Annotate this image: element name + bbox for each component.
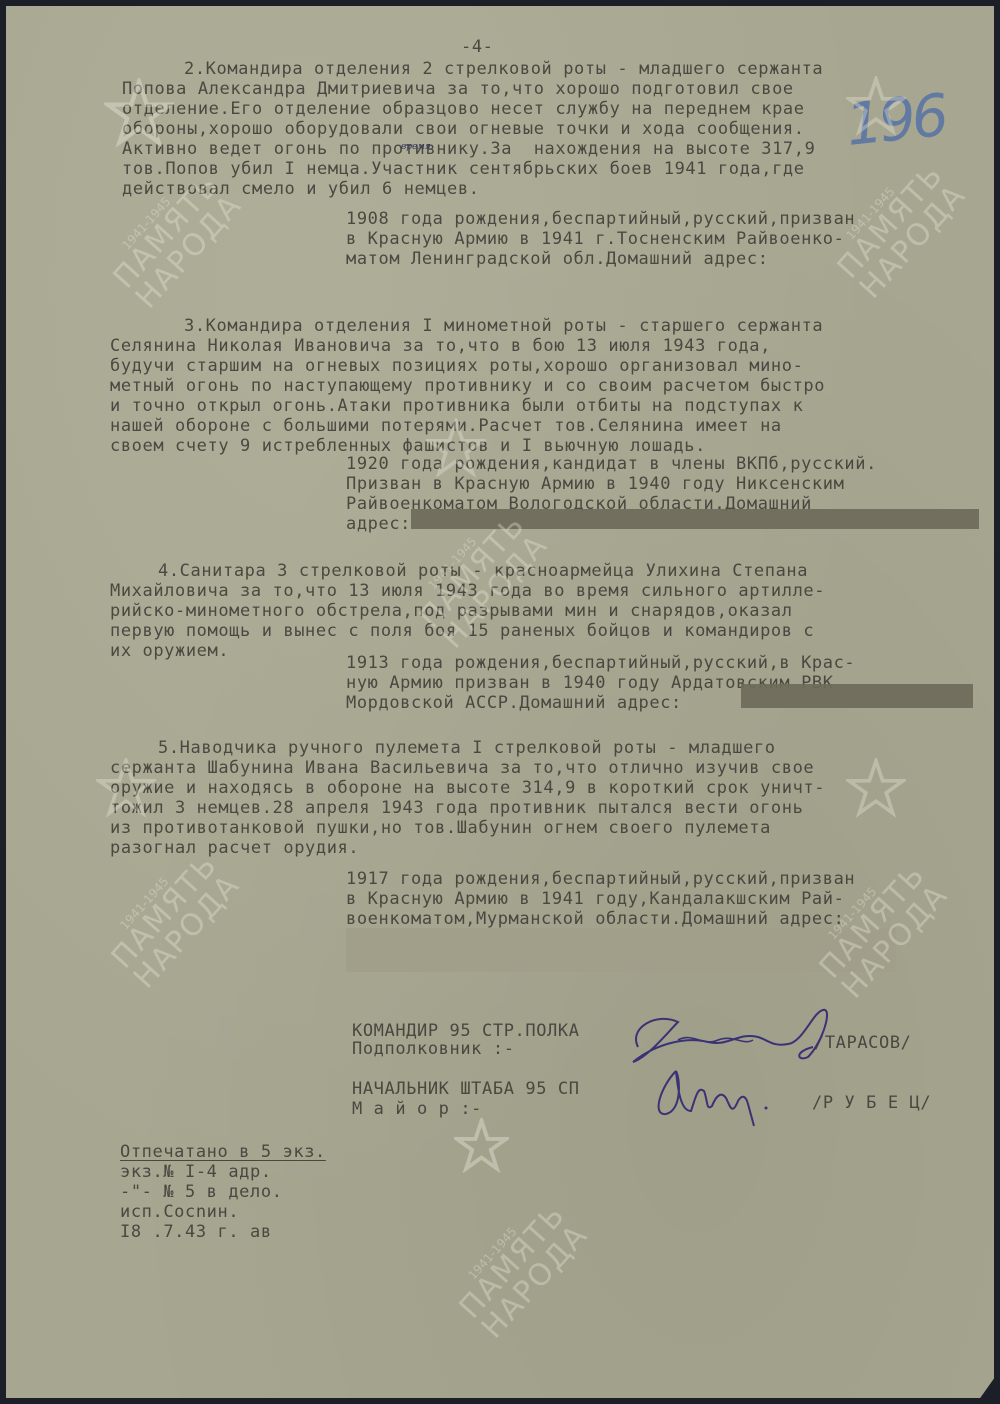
entry-line: будучи старшим на огневых позициях роты,… [110,357,803,377]
entry-line: их оружием. [110,642,229,662]
entry-line: действовал смело и убил 6 немцев. [122,180,480,200]
entry-line: Активно ведет огонь по противнику.За нах… [122,140,815,160]
watermark-bottom-left: 1941-1945 ПАМЯТЬ НАРОДА [98,841,246,994]
entry-line: рийско-минометного обстрела,под разрывам… [110,602,793,622]
entry-line: 3.Командира отделения I минометной роты … [184,317,823,337]
chief-of-staff-title: НАЧАЛЬНИК ШТАБА 95 СП [352,1080,580,1100]
bio-line: Призван в Красную Армию в 1940 году Никс… [346,475,844,495]
footer-line: Отпечатано в 5 экз. [120,1143,326,1163]
footer-line: исп.Сосnин. [120,1203,239,1223]
entry-line: сержанта Шабунина Ивана Васильевича за т… [110,759,814,779]
entry-line: нашей обороне с большими потерями.Расчет… [110,417,782,437]
bio-line: в Красную Армию в 1941 году,Кандалакшски… [346,890,844,910]
redacted-address [411,509,979,529]
bio-line: 1908 года рождения,беспартийный,русский,… [346,210,855,230]
handwritten-insertion: время [401,142,431,152]
commander-rank: Подполковник :- [352,1040,515,1060]
entry-line: Селянина Николая Ивановича за то,что в б… [110,337,771,357]
entry-line: метный огонь по наступающему противнику … [110,377,825,397]
entry-line: разогнал расчет орудия. [110,839,359,859]
bio-line: военкоматом,Мурманской области.Домашний … [346,910,844,930]
entry-line: и точно открыл огонь.Атаки противника бы… [110,397,803,417]
entry-line: первую помощь и вынес с поля боя 15 ране… [110,622,814,642]
bio-line: 1913 года рождения,беспартийный,русский,… [346,654,855,674]
watermark-bottom-center: 1941-1945 ПАМЯТЬ НАРОДА [446,1191,594,1344]
entry-line: тожил 3 немцев.28 апреля 1943 года проти… [110,799,803,819]
bio-line: матом Ленинградской обл.Домашний адрес: [346,250,769,270]
document-page: -4- 196 2.Командира отделения 2 стрелков… [6,6,994,1398]
entry-line: обороны,хорошо оборудовали свои огневые … [122,120,805,140]
entry-line: из противотанковой пушки,но тов.Шабунин … [110,819,771,839]
bio-line: адрес: [346,515,411,535]
bio-line: Мордовской АССР.Домашний адрес: [346,694,682,714]
redacted-address [346,928,896,972]
watermark-star-icon [846,758,906,818]
footer-line: I8 .7.43 г. ав [120,1223,272,1243]
footer-line: экз.№ I-4 адр. [120,1163,272,1183]
chief-of-staff-name: /Р У Б Е Ц/ [812,1094,931,1114]
bio-line: в Красную Армию в 1941 г.Тосненским Райв… [346,230,844,250]
entry-line: оружие и находясь в обороне на высоте 31… [110,779,825,799]
redacted-address [741,684,973,708]
archive-number-stamp: 196 [843,81,948,159]
bio-line: 1920 года рождения,кандидат в члены ВКПб… [346,455,877,475]
page-number: -4- [461,38,494,58]
entry-line: 4.Санитара 3 стрелковой роты - красноарм… [158,562,808,582]
entry-line: Михайловича за то,что 13 июля 1943 года … [110,582,825,602]
entry-line: 2.Командира отделения 2 стрелковой роты … [184,60,823,80]
entry-line: Попова Александра Дмитриевича за то,что … [122,80,794,100]
footer-line: -"- № 5 в дело. [120,1183,283,1203]
entry-line: отделение.Его отделение образцово несет … [122,100,805,120]
entry-line: 5.Наводчика ручного пулемета I стрелково… [158,739,776,759]
chief-of-staff-rank: М а й о р :- [352,1100,482,1120]
chief-of-staff-signature-icon [646,1056,776,1131]
watermark-star-icon [454,1118,509,1173]
bio-line: 1917 года рождения,беспартийный,русский,… [346,870,855,890]
entry-line: тов.Попов убил I немца.Участник сентябрь… [122,160,805,180]
